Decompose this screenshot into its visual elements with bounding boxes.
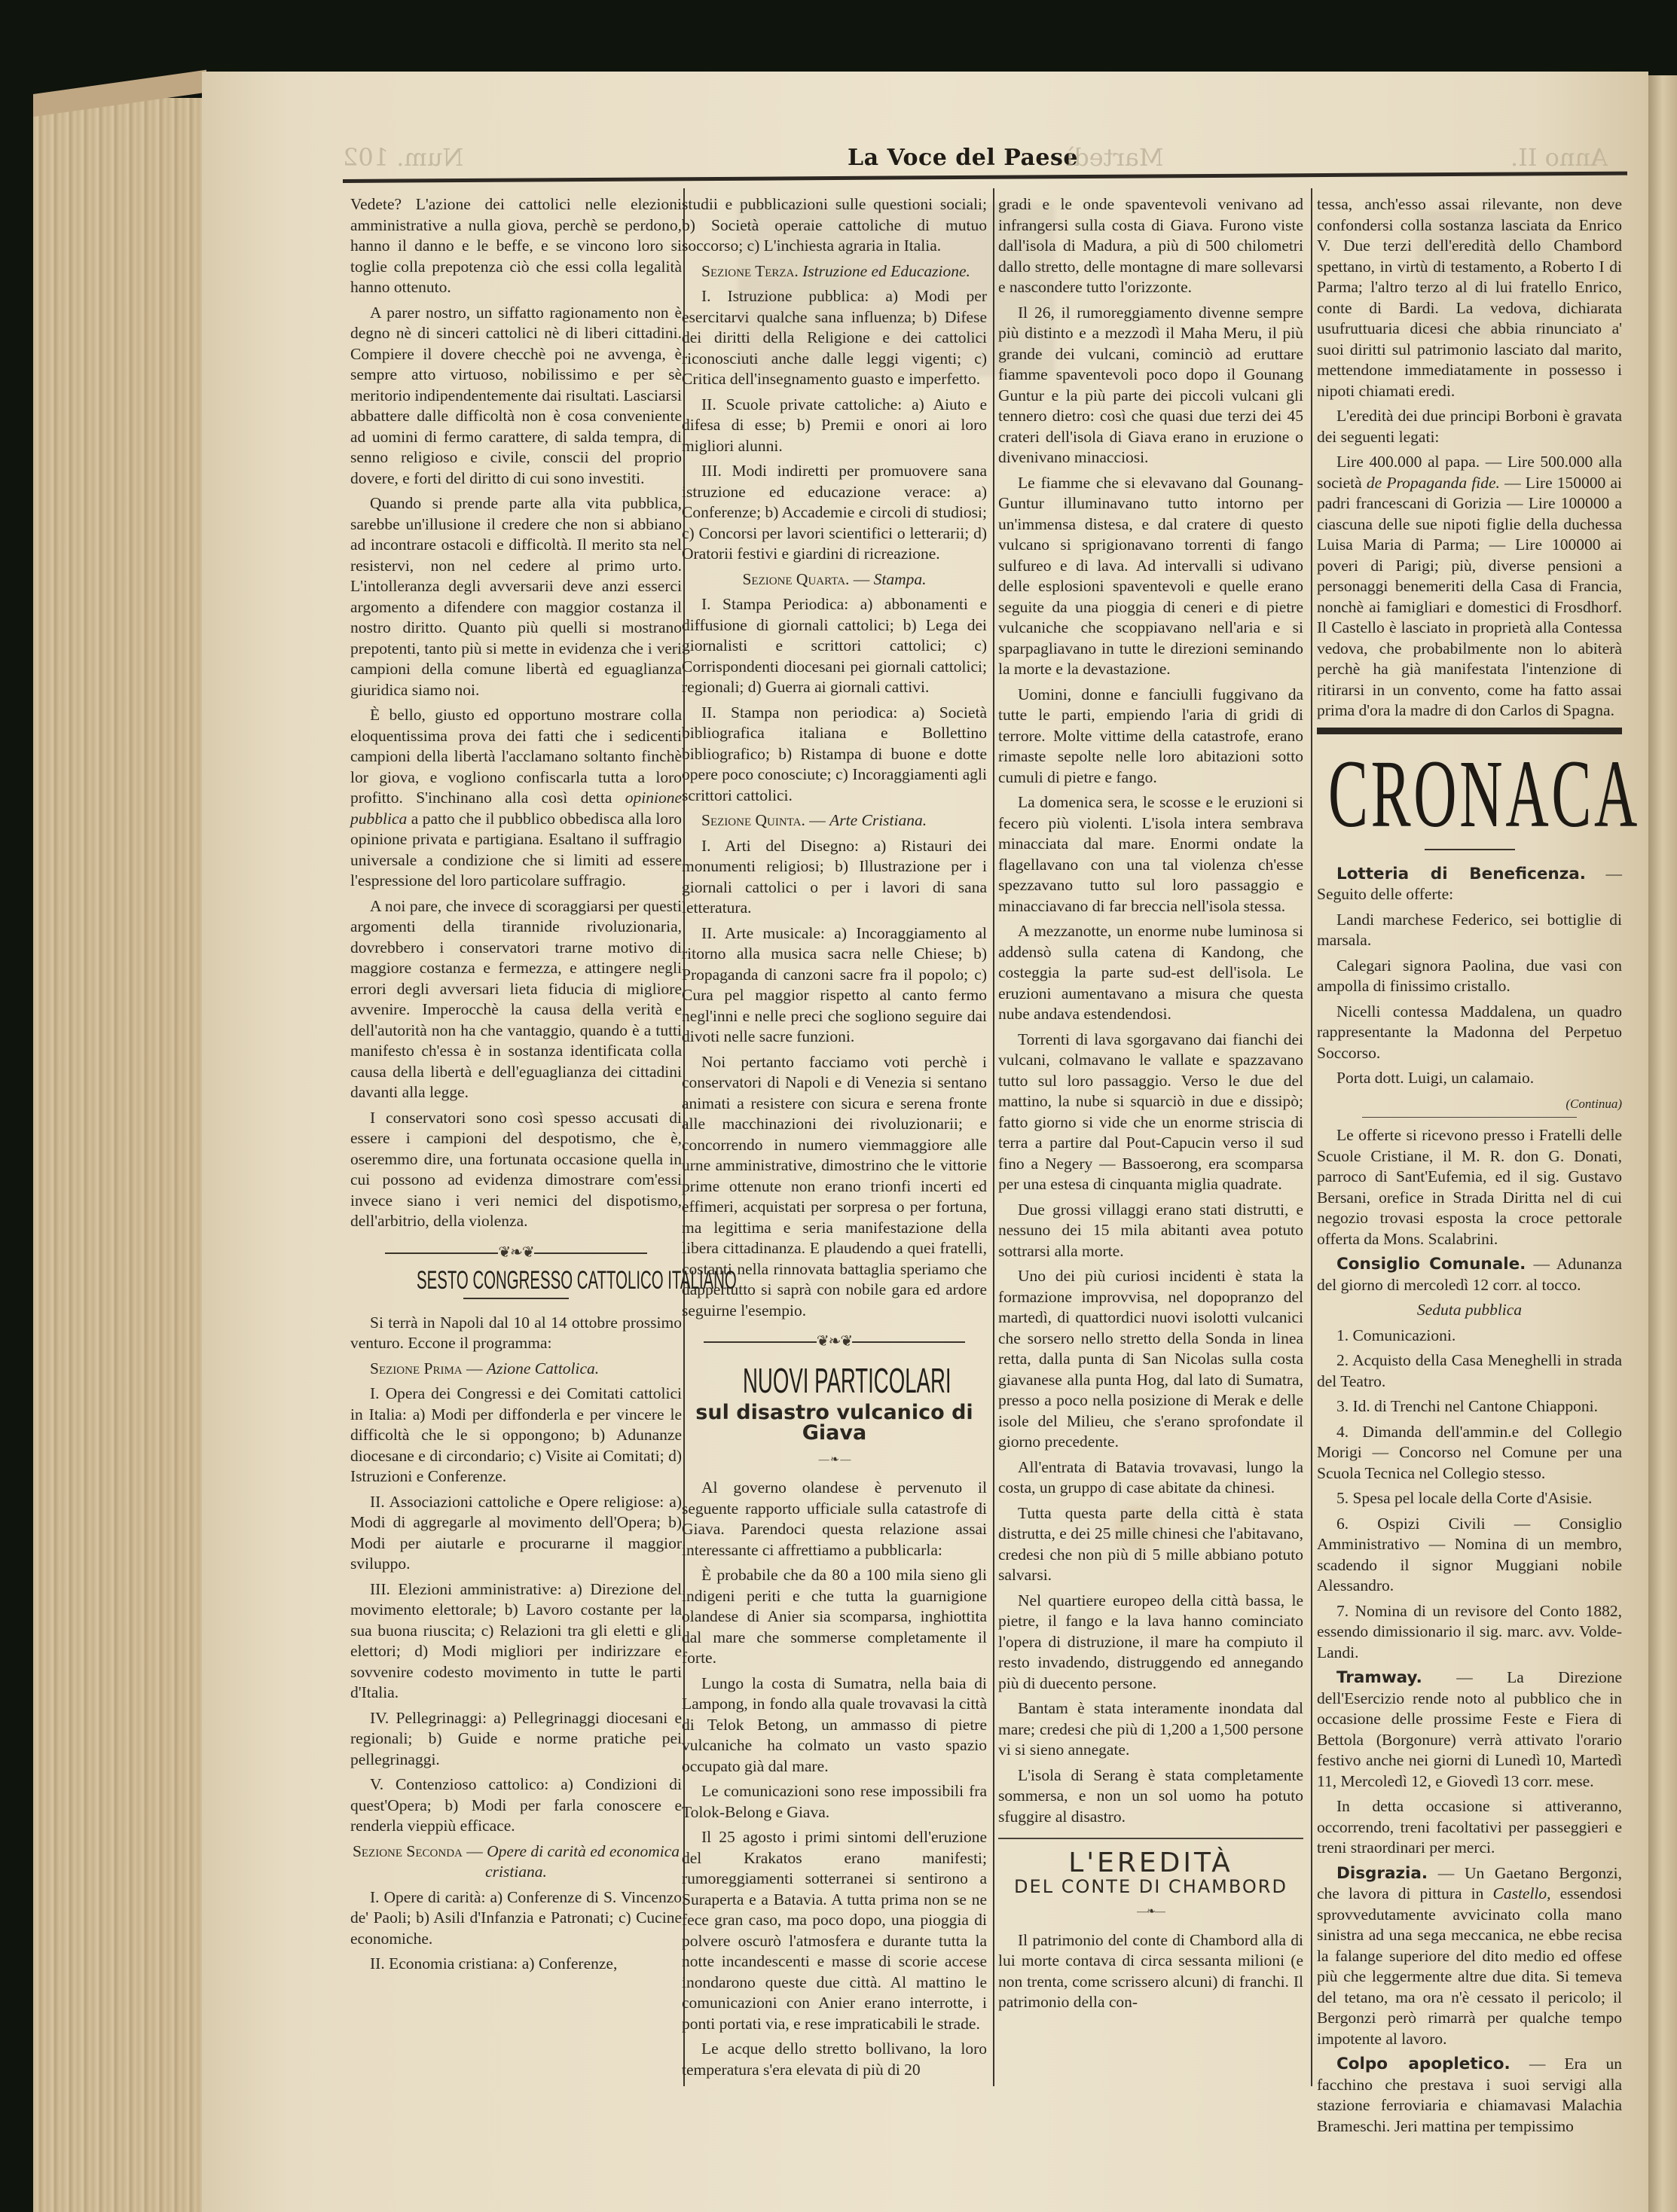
cronaca-title: CRONACA <box>1328 745 1611 843</box>
paragraph: L'eredità dei due principi Borboni è gra… <box>1317 406 1622 447</box>
column-4: tessa, anch'esso assai rilevante, non de… <box>1317 194 1622 2141</box>
paragraph: Lire 400.000 al papa. — Lire 500.000 all… <box>1317 452 1622 722</box>
offer-item: Nicelli contessa Maddalena, un quadro ra… <box>1317 1002 1622 1064</box>
program-item: II. Scuole private cattoliche: a) Aiuto … <box>682 395 987 457</box>
news-headline: Lotteria di Beneficenza. <box>1336 865 1586 883</box>
program-item: I. Opere di carità: a) Conferenze di S. … <box>350 1887 682 1950</box>
section-label: Sezione Terza. <box>701 262 799 280</box>
paragraph: In detta occasione si attiveranno, occor… <box>1317 1796 1622 1859</box>
cronaca-top-rule <box>1317 728 1622 734</box>
paragraph: Le acque dello stretto bollivano, la lor… <box>682 2039 987 2080</box>
column-2: studii e pubblicazioni sulle questioni s… <box>682 194 987 2085</box>
page-header: Num. 102 La Voce del Paese Martedì Anno … <box>350 143 1624 173</box>
italic-phrase: Castello, <box>1492 1884 1550 1902</box>
section-label: Sezione Quinta. <box>701 811 805 829</box>
section-label: Sezione Seconda <box>353 1842 463 1860</box>
thin-rule <box>1362 1117 1577 1118</box>
section-heading: Sezione Terza. Istruzione ed Educazione. <box>682 261 987 282</box>
column-divider <box>1311 188 1312 2086</box>
paragraph: Noi pertanto facciamo voti perchè i cons… <box>682 1052 987 1322</box>
paragraph: A mezzanotte, un enorme nube luminosa si… <box>998 921 1303 1025</box>
paragraph: Il 25 agosto i primi sintomi dell'eruzio… <box>682 1827 987 2034</box>
program-item: II. Arte musicale: a) Incoraggiamento al… <box>682 923 987 1048</box>
program-item: V. Contenzioso cattolico: a) Condizioni … <box>350 1774 682 1837</box>
paragraph: La domenica sera, le scosse e le eruzion… <box>998 792 1303 917</box>
java-subtitle: sul disastro vulcanico di Giava <box>682 1402 987 1444</box>
news-headline: Consiglio Comunale. <box>1336 1255 1526 1274</box>
agenda-item: 3. Id. di Trenchi nel Cantone Chiapponi. <box>1317 1396 1622 1417</box>
section-label: Sezione Quarta. <box>742 570 849 588</box>
paragraph: A parer nostro, un siffatto ragionamento… <box>350 303 682 490</box>
program-item: III. Elezioni amministrative: a) Direzio… <box>350 1579 682 1704</box>
eredita-title: L'EREDITÀ <box>998 1853 1303 1874</box>
paragraph: L'isola di Serang è stata completamente … <box>998 1765 1303 1828</box>
paragraph: Lungo la costa di Sumatra, nella baia di… <box>682 1673 987 1777</box>
short-rule <box>463 1298 569 1299</box>
section-heading: Sezione Quinta. — Arte Cristiana. <box>682 810 987 831</box>
agenda-item: 5. Spesa pel locale della Corte d'Asisie… <box>1317 1488 1622 1509</box>
paragraph: Le comunicazioni sono rese impossibili f… <box>682 1781 987 1823</box>
program-item: IV. Pellegrinaggi: a) Pellegrinaggi dioc… <box>350 1708 682 1771</box>
italic-phrase: de Propaganda fide. <box>1367 474 1500 492</box>
paragraph: Il patrimonio del conte di Chambord alla… <box>998 1930 1303 2013</box>
paragraph: tessa, anch'esso assai rilevante, non de… <box>1317 194 1622 401</box>
program-item: I. Opera dei Congressi e dei Comitati ca… <box>350 1384 682 1487</box>
paragraph: gradi e le onde spaventevoli venivano ad… <box>998 194 1303 298</box>
section-heading: Sezione Quarta. — Stampa. <box>682 569 987 590</box>
paragraph: All'entrata di Batavia trovavasi, lungo … <box>998 1457 1303 1499</box>
agenda-item: 6. Ospizi Civili — Consiglio Amministrat… <box>1317 1514 1622 1597</box>
section-rule <box>998 1838 1303 1839</box>
paragraph: Al governo olandese è pervenuto il segue… <box>682 1478 987 1561</box>
agenda-item: 1. Comunicazioni. <box>1317 1326 1622 1347</box>
program-item: I. Stampa Periodica: a) abbonamenti e di… <box>682 594 987 698</box>
masthead-title: La Voce del Paese <box>848 145 1078 171</box>
paragraph: Il 26, il rumoreggiamento divenne sempre… <box>998 303 1303 468</box>
program-item: III. Modi indiretti per promuovere sana … <box>682 461 987 565</box>
small-ornament: —❧— <box>998 1902 1303 1923</box>
paragraph: I conservatori sono così spesso accusati… <box>350 1108 682 1232</box>
program-item: I. Istruzione pubblica: a) Modi per eser… <box>682 286 987 390</box>
congress-title: SESTO CONGRESSO CATTOLICO ITALIANO <box>417 1271 616 1292</box>
section-title: Istruzione ed Educazione. <box>802 262 970 280</box>
eredita-subtitle: DEL CONTE DI CHAMBORD <box>998 1877 1303 1898</box>
news-item: Tramway. — La Direzione dell'Esercizio r… <box>1317 1667 1622 1792</box>
offer-item: Calegari signora Paolina, due vasi con a… <box>1317 956 1622 997</box>
ghost-number: Num. 102 <box>343 143 463 172</box>
program-item: II. Stampa non periodica: a) Società bib… <box>682 703 987 807</box>
column-1: Vedete? L'azione dei cattolici nelle ele… <box>350 194 682 1979</box>
offer-item: Porta dott. Luigi, un calamaio. <box>1317 1068 1622 1089</box>
paragraph: Tutta questa parte della città è stata d… <box>998 1503 1303 1586</box>
paragraph-text: — Lire 150000 ai padri francescani di Go… <box>1317 474 1622 720</box>
paragraph: A noi pare, che invece di scoraggiarsi p… <box>350 896 682 1103</box>
agenda-item: 2. Acquisto della Casa Meneghelli in str… <box>1317 1350 1622 1392</box>
section-heading: Sezione Prima — Azione Cattolica. <box>350 1359 682 1380</box>
paragraph: Le fiamme che si elevavano dal Gounang-G… <box>998 473 1303 680</box>
section-title: Stampa. <box>874 570 927 588</box>
continua-note: (Continua) <box>1317 1094 1622 1115</box>
program-item: studii e pubblicazioni sulle questioni s… <box>682 194 987 257</box>
ghost-anno: Anno II. <box>1511 143 1608 172</box>
news-item: Colpo apopletico. — Era un facchino che … <box>1317 2054 1622 2137</box>
news-item: Consiglio Comunale. — Adunanza del giorn… <box>1317 1254 1622 1295</box>
offer-item: Landi marchese Federico, sei bottiglie d… <box>1317 910 1622 951</box>
paragraph: Uomini, donne e fanciulli fuggivano da t… <box>998 685 1303 789</box>
news-headline: Colpo apopletico. <box>1336 2055 1511 2073</box>
section-title: Azione Cattolica. <box>487 1359 599 1378</box>
news-item: Disgrazia. — Un Gaetano Bergonzi, che la… <box>1317 1863 1622 2050</box>
paragraph: Uno dei più curiosi incidenti è stata la… <box>998 1266 1303 1453</box>
news-headline: Disgrazia. <box>1336 1864 1428 1883</box>
book-spine-edge <box>33 98 203 2212</box>
news-item: Lotteria di Beneficenza. — Seguito delle… <box>1317 864 1622 905</box>
agenda-item: 4. Dimanda dell'ammin.e del Collegio Mor… <box>1317 1422 1622 1484</box>
paragraph: Bantam è stata interamente inondata dal … <box>998 1698 1303 1761</box>
column-3: gradi e le onde spaventevoli venivano ad… <box>998 194 1303 2018</box>
paragraph: È bello, giusto ed opportuno mostrare co… <box>350 705 682 892</box>
section-label: Sezione Prima <box>370 1359 463 1378</box>
section-heading: Sezione Seconda — Opere di carità ed eco… <box>350 1841 682 1883</box>
paragraph: Torrenti di lava sgorgavano dai fianchi … <box>998 1030 1303 1195</box>
news-text: essendosi sprovvedutamente avvicinato co… <box>1317 1884 1622 2048</box>
ornamental-divider: ❦❧❦ <box>682 1332 987 1353</box>
ghost-date: Martedì <box>1066 143 1164 172</box>
seduta-heading: Seduta pubblica <box>1317 1300 1622 1321</box>
small-ornament: — ❧ — <box>682 1450 987 1471</box>
agenda-item: 7. Nomina di un revisore del Conto 1882,… <box>1317 1601 1622 1664</box>
paragraph: Vedete? L'azione dei cattolici nelle ele… <box>350 194 682 298</box>
program-item: II. Associazioni cattoliche e Opere reli… <box>350 1492 682 1575</box>
paragraph: Quando si prende parte alla vita pubblic… <box>350 493 682 700</box>
section-title: Arte Cristiana. <box>829 811 927 829</box>
ornamental-divider: ❦❧❦ <box>350 1243 682 1264</box>
program-item: II. Economia cristiana: a) Conferenze, <box>350 1954 682 1975</box>
short-rule <box>1425 849 1515 850</box>
paragraph: Due grossi villaggi erano stati distrutt… <box>998 1200 1303 1262</box>
program-item: I. Arti del Disegno: a) Ristauri dei mon… <box>682 836 987 919</box>
news-headline: Tramway. <box>1336 1668 1422 1687</box>
paragraph: È probabile che da 80 a 100 mila sieno g… <box>682 1565 987 1669</box>
section-title: Opere di carità ed economica cristiana. <box>485 1842 680 1881</box>
paragraph: Le offerte si ricevono presso i Fratelli… <box>1317 1125 1622 1249</box>
column-divider <box>993 188 994 2086</box>
paragraph: Nel quartiere europeo della città bassa,… <box>998 1591 1303 1695</box>
java-title: NUOVI PARTICOLARI <box>743 1360 926 1401</box>
next-page-edge <box>1648 75 1677 2212</box>
congress-intro: Si terrà in Napoli dal 10 al 14 ottobre … <box>350 1313 682 1354</box>
